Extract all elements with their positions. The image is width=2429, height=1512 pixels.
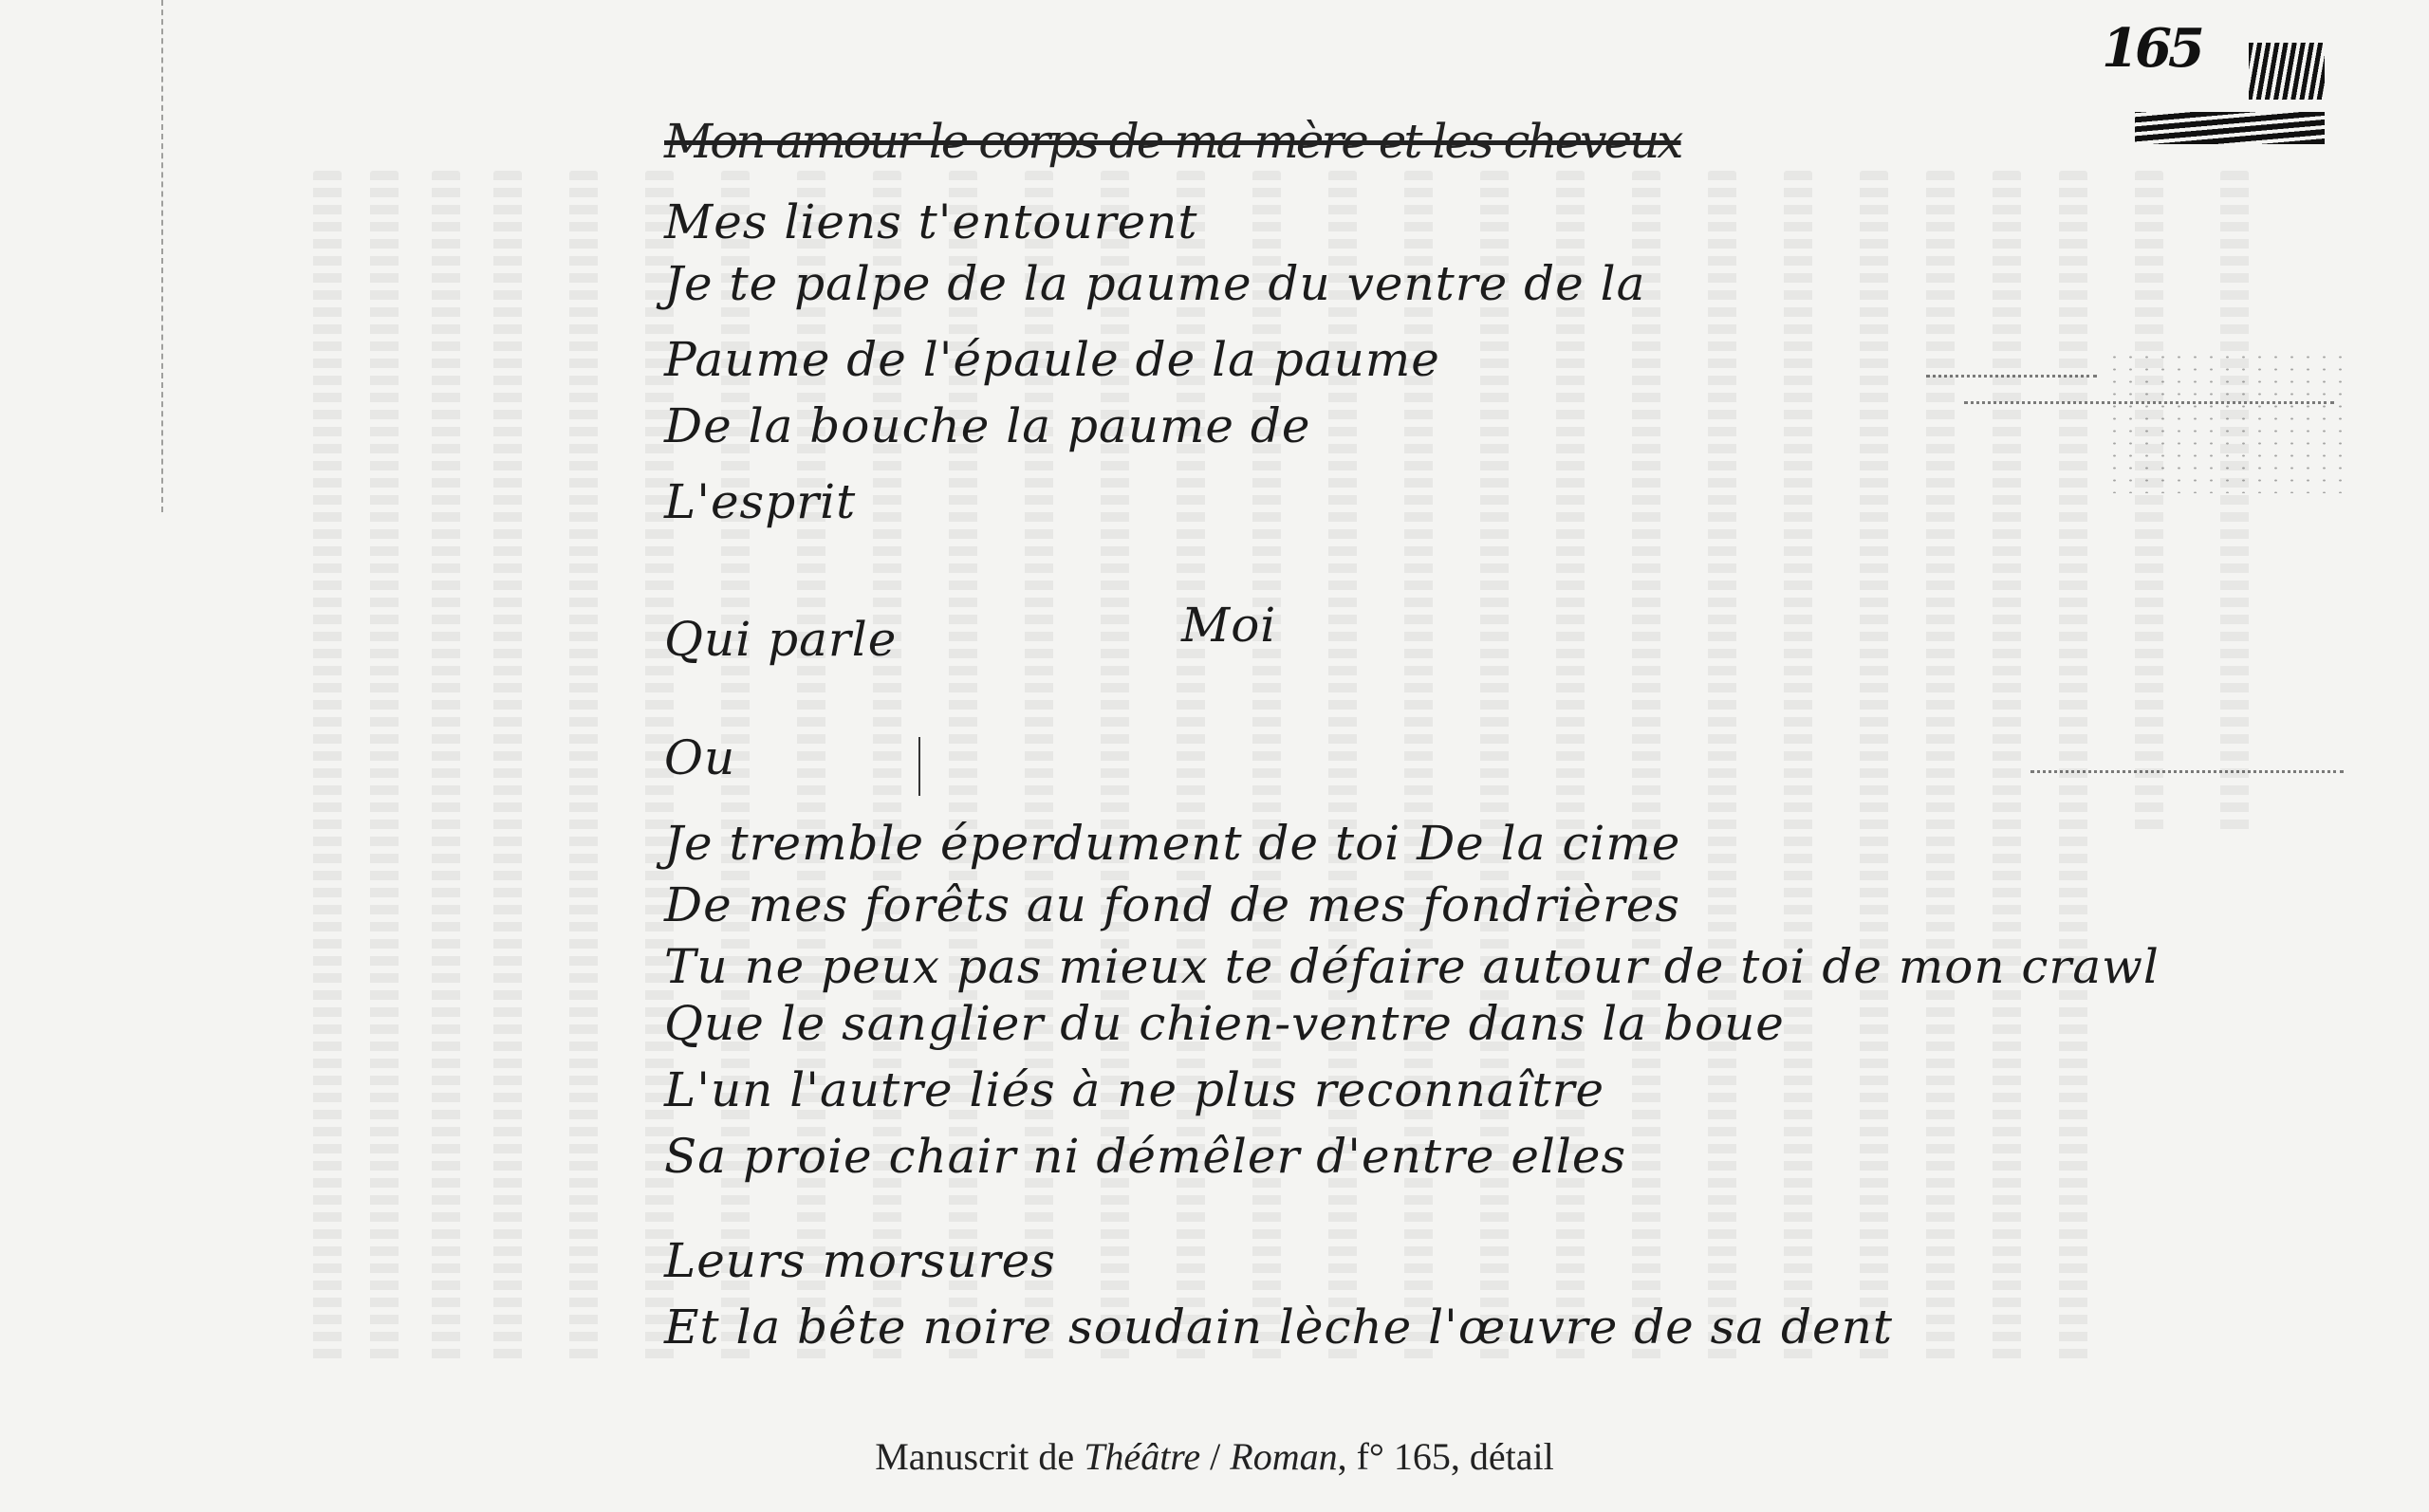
verse-line: Ou [664, 730, 735, 785]
bleed-through-column [1926, 171, 1955, 1366]
verse-line: Que le sanglier du chien-ventre dans la … [664, 996, 1785, 1051]
vertical-mark [918, 737, 920, 796]
margin-rule [161, 0, 163, 512]
verse-line: Je tremble éperdument de toi De la cime [664, 816, 1680, 871]
scribble-mark [2135, 112, 2325, 144]
bleed-through-column [432, 171, 460, 1366]
bleed-through-column [1480, 171, 1509, 1366]
figure-caption: Manuscrit de Théâtre / Roman, f° 165, dé… [0, 1434, 2429, 1479]
bleed-through-column [313, 171, 342, 1366]
verse-line: Je te palpe de la paume du ventre de la [664, 256, 1645, 311]
scan-artifact-line [1926, 375, 2097, 378]
verse-line-moi: Moi [1181, 598, 1276, 653]
struck-through-line: Mon amour le corps de ma mère et les che… [664, 114, 1681, 169]
verse-line: Mes liens t'entourent [664, 194, 1197, 249]
caption-separator: / [1200, 1435, 1230, 1478]
bleed-through-column [493, 171, 522, 1366]
bleed-through-column [569, 171, 598, 1366]
verse-line: Tu ne peux pas mieux te défaire autour d… [664, 939, 2160, 994]
verse-line: De la bouche la paume de [664, 398, 1310, 453]
verse-line: De mes forêts au fond de mes fondrières [664, 877, 1680, 932]
caption-suffix: , f° 165, détail [1338, 1435, 1554, 1478]
scribble-mark [2249, 43, 2325, 100]
bleed-through-column [2135, 171, 2163, 835]
bleed-through-column [1860, 171, 1888, 1366]
bleed-through-column [370, 171, 399, 1366]
folio-number: 165 [2102, 17, 2201, 80]
caption-title-1: Théâtre [1084, 1435, 1200, 1478]
verse-line: L'un l'autre liés à ne plus reconnaître [664, 1062, 1604, 1117]
bleed-through-column [1556, 171, 1585, 1366]
verse-line: Sa proie chair ni démêler d'entre elles [664, 1129, 1626, 1184]
verse-line: Et la bête noire soudain lèche l'œuvre d… [664, 1300, 1893, 1355]
bleed-through-column [2220, 171, 2249, 835]
verse-line: Leurs morsures [664, 1233, 1056, 1288]
verse-line: L'esprit [664, 474, 856, 529]
verse-line: Qui parle [664, 612, 897, 667]
scan-artifact-line [2030, 770, 2344, 773]
verse-line: Paume de l'épaule de la paume [664, 332, 1440, 387]
ink-speckle [2106, 351, 2344, 493]
bleed-through-column [1708, 171, 1736, 1366]
bleed-through-column [2059, 171, 2087, 1366]
caption-prefix: Manuscrit de [875, 1435, 1084, 1478]
caption-title-2: Roman [1230, 1435, 1337, 1478]
bleed-through-column [1632, 171, 1660, 1366]
bleed-through-column [1784, 171, 1812, 1366]
bleed-through-column [1993, 171, 2021, 1366]
